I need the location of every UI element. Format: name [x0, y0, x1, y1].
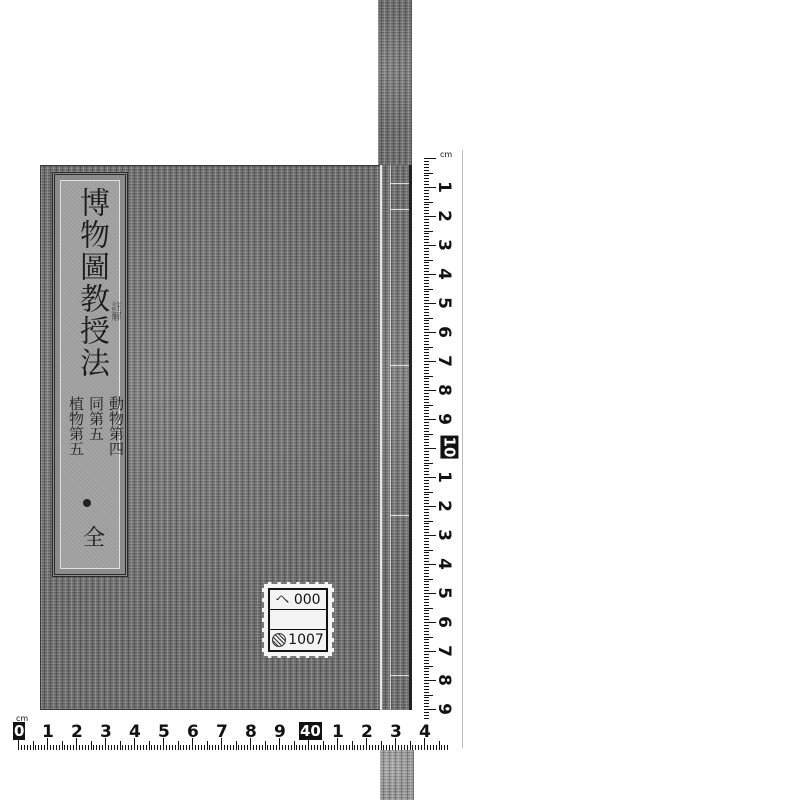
ruler-tick: [169, 745, 170, 750]
ruler-tick: [427, 745, 428, 750]
ruler-tick: [424, 637, 433, 638]
ruler-tick: [424, 381, 429, 382]
ruler-tick: [412, 745, 413, 750]
ruler-tick: [424, 265, 429, 266]
ruler-tick: [137, 745, 138, 750]
ruler-tick: [50, 745, 51, 750]
ruler-tick: [424, 407, 429, 408]
ruler-tick: [91, 741, 92, 750]
ruler-tick: [424, 367, 429, 368]
ruler-tick: [424, 631, 429, 632]
ruler-tick: [424, 335, 429, 336]
ruler-tick: [424, 257, 429, 258]
ruler-label: 1: [332, 722, 344, 742]
ruler-tick: [415, 745, 416, 750]
ruler-label: 6: [434, 616, 454, 628]
ruler-tick: [424, 251, 429, 252]
volume-label: 同第五: [87, 396, 105, 441]
ruler-tick: [424, 425, 429, 426]
ruler-tick: [149, 741, 150, 750]
book-spine-bottom: [380, 745, 414, 800]
ruler-tick: [424, 474, 429, 475]
ruler-tick: [424, 666, 433, 667]
ruler-tick: [363, 745, 364, 750]
ruler-tick: [183, 745, 184, 750]
ruler-label: 5: [434, 297, 454, 309]
ruler-label: 8: [434, 674, 454, 686]
ruler-tick: [128, 745, 129, 750]
ruler-tick: [204, 745, 205, 750]
ruler-tick: [424, 396, 429, 397]
ruler-tick: [424, 605, 429, 606]
binding-edge: [409, 165, 412, 710]
ruler-tick: [424, 471, 429, 472]
ruler-tick: [44, 745, 45, 750]
call-number-class: ヘ 000: [275, 589, 320, 609]
ruler-tick: [346, 745, 347, 750]
call-number-grid: ヘ 000 1007: [268, 588, 328, 652]
ruler-tick: [352, 741, 353, 750]
ruler-tick: [424, 599, 429, 600]
ruler-tick: [418, 745, 419, 750]
ruler-tick: [131, 745, 132, 750]
ruler-tick: [253, 745, 254, 750]
ruler-tick: [354, 745, 355, 750]
ruler-tick: [424, 436, 429, 437]
ruler-tick: [227, 745, 228, 750]
call-number-row: [270, 610, 326, 630]
ruler-tick: [424, 567, 429, 568]
stitched-binding: [380, 165, 412, 710]
ruler-tick: [111, 745, 112, 750]
ruler-tick: [209, 745, 210, 750]
ruler-tick: [424, 300, 429, 301]
ruler-tick: [198, 745, 199, 750]
ruler-tick: [424, 547, 429, 548]
ruler-tick: [424, 550, 433, 551]
ruler-tick: [305, 745, 306, 750]
ruler-tick: [398, 745, 399, 750]
ruler-tick: [424, 323, 429, 324]
ruler-label: 9: [274, 722, 286, 742]
ruler-tick: [424, 451, 429, 452]
ruler-tick: [73, 745, 74, 750]
ruler-tick: [424, 277, 429, 278]
ruler-tick: [424, 173, 433, 174]
ruler-tick: [424, 526, 429, 527]
ruler-tick: [424, 654, 429, 655]
ruler-tick: [424, 570, 429, 571]
ruler-tick: [62, 741, 63, 750]
ruler-tick: [424, 297, 429, 298]
ruler-tick: [424, 439, 429, 440]
ruler-tick: [424, 532, 429, 533]
ruler-tick: [85, 745, 86, 750]
ruler-tick: [381, 741, 382, 750]
ruler-label: 7: [216, 722, 228, 742]
ruler-tick: [424, 434, 433, 435]
ruler-tick: [262, 745, 263, 750]
ruler-tick: [424, 460, 429, 461]
ruler-tick: [424, 602, 429, 603]
ruler-label: 5: [158, 722, 170, 742]
ruler-tick: [424, 370, 429, 371]
ruler-tick: [424, 399, 429, 400]
ruler-tick: [186, 745, 187, 750]
ruler-tick: [424, 236, 429, 237]
ruler-tick: [424, 422, 429, 423]
ruler-tick: [424, 210, 429, 211]
ruler-tick: [340, 745, 341, 750]
ruler-tick: [424, 347, 433, 348]
ruler-tick: [424, 700, 429, 701]
ruler-label: 4: [434, 558, 454, 570]
ruler-unit: cm: [440, 150, 452, 159]
ruler-tick: [424, 489, 429, 490]
ruler-tick: [299, 745, 300, 750]
ruler-tick: [424, 587, 429, 588]
ruler-tick: [323, 741, 324, 750]
ruler-tick: [424, 509, 429, 510]
ruler-tick: [424, 355, 429, 356]
ruler-tick: [424, 318, 433, 319]
ruler-label: 4: [434, 268, 454, 280]
ruler-tick: [259, 745, 260, 750]
ruler-tick: [424, 289, 433, 290]
ruler-tick: [389, 745, 390, 750]
ruler-tick: [241, 745, 242, 750]
ruler-tick: [424, 219, 429, 220]
ruler-tick: [424, 576, 429, 577]
ruler-tick: [276, 745, 277, 750]
ruler-tick: [424, 616, 429, 617]
ruler-tick: [59, 745, 60, 750]
ruler-tick: [424, 695, 433, 696]
ruler-tick: [424, 280, 429, 281]
ruler-tick: [424, 231, 433, 232]
ruler-tick: [424, 233, 429, 234]
ruler-tick: [424, 207, 429, 208]
ruler-tick: [154, 745, 155, 750]
ruler-tick: [424, 613, 429, 614]
ruler-tick: [424, 642, 429, 643]
ruler-tick: [27, 745, 28, 750]
ruler-tick: [233, 745, 234, 750]
ruler-tick: [140, 745, 141, 750]
ruler-label: 3: [434, 529, 454, 541]
ruler-tick: [285, 745, 286, 750]
ruler-tick: [236, 741, 237, 750]
ruler-tick: [201, 745, 202, 750]
ruler-tick: [424, 689, 429, 690]
ruler-label: 3: [100, 722, 112, 742]
ruler-tick: [122, 745, 123, 750]
ruler-tick: [35, 745, 36, 750]
ruler-tick: [410, 741, 411, 750]
ruler-tick: [360, 745, 361, 750]
ruler-tick: [424, 291, 429, 292]
ruler-tick: [424, 364, 429, 365]
ruler-tick: [424, 552, 429, 553]
ruler-tick: [99, 745, 100, 750]
ruler-tick: [424, 428, 429, 429]
ruler-tick: [328, 745, 329, 750]
ruler-label: 2: [434, 500, 454, 512]
library-stamp-icon: [272, 633, 286, 647]
ruler-tick: [117, 745, 118, 750]
ruler-label: 5: [434, 587, 454, 599]
ruler-tick: [424, 581, 429, 582]
ruler-tick: [424, 190, 429, 191]
ruler-tick: [424, 634, 429, 635]
ruler-tick: [178, 741, 179, 750]
ruler-label: 4: [129, 722, 141, 742]
ruler-tick: [349, 745, 350, 750]
ruler-tick: [207, 741, 208, 750]
ruler-tick: [424, 538, 429, 539]
ruler-label: 9: [434, 413, 454, 425]
ruler-tick: [267, 745, 268, 750]
ruler-tick: [30, 745, 31, 750]
ruler-tick: [424, 648, 429, 649]
ruler-tick: [424, 521, 433, 522]
ruler-tick: [424, 608, 433, 609]
call-number-row: 1007: [270, 630, 326, 650]
ruler-tick: [424, 213, 429, 214]
ruler-tick: [331, 745, 332, 750]
ruler-tick: [424, 344, 429, 345]
ruler-tick: [291, 745, 292, 750]
ruler-tick: [424, 718, 429, 719]
ruler-tick: [424, 202, 433, 203]
ruler-tick: [424, 312, 429, 313]
ruler-tick: [441, 745, 442, 750]
ruler-tick: [424, 500, 429, 501]
ruler-tick: [88, 745, 89, 750]
ruler-tick: [224, 745, 225, 750]
call-number-item: 1007: [288, 632, 324, 648]
ruler-tick: [424, 715, 429, 716]
ruler-tick: [79, 745, 80, 750]
ruler-tick: [424, 268, 429, 269]
ruler-label: 8: [245, 722, 257, 742]
ruler-tick: [424, 619, 429, 620]
ruler-tick: [114, 745, 115, 750]
ruler-tick: [424, 512, 429, 513]
ruler-tick: [424, 463, 433, 464]
ruler-tick: [424, 178, 429, 179]
ruler-tick: [424, 393, 429, 394]
ruler-tick: [424, 387, 429, 388]
ruler-tick: [401, 745, 402, 750]
ruler-tick: [24, 745, 25, 750]
horizontal-ruler: 0123456789401234cm: [14, 720, 462, 750]
ruler-tick: [53, 745, 54, 750]
ruler-tick: [102, 745, 103, 750]
ruler-tick: [424, 410, 429, 411]
ruler-tick: [424, 544, 429, 545]
ruler-tick: [424, 468, 429, 469]
call-number-tag: ヘ 000 1007: [262, 582, 334, 658]
book-spine-top: [378, 0, 412, 170]
ruler-tick: [392, 745, 393, 750]
ruler-tick: [21, 745, 22, 750]
ruler-tick: [424, 628, 429, 629]
ruler-tick: [424, 457, 429, 458]
ruler-tick: [424, 442, 429, 443]
ruler-tick: [424, 610, 429, 611]
ruler-tick: [244, 745, 245, 750]
ruler-tick: [424, 161, 429, 162]
ruler-tick: [314, 745, 315, 750]
ruler-tick: [430, 745, 431, 750]
ruler-tick: [424, 196, 429, 197]
ruler-tick: [151, 745, 152, 750]
ruler-label: 2: [71, 722, 83, 742]
ruler-tick: [424, 193, 429, 194]
ruler-tick: [357, 745, 358, 750]
ruler-tick: [93, 745, 94, 750]
ruler-tick: [424, 326, 429, 327]
ruler-tick: [424, 164, 429, 165]
ruler-unit: cm: [16, 714, 28, 723]
ruler-tick: [424, 260, 433, 261]
ruler-label: 9: [434, 703, 454, 715]
ruler-tick: [424, 175, 429, 176]
ruler-tick: [447, 745, 448, 750]
ruler-tick: [424, 657, 429, 658]
ruler-tick: [424, 376, 433, 377]
ruler-label: 1: [434, 181, 454, 193]
ruler-tick: [424, 668, 429, 669]
ruler-label: 6: [187, 722, 199, 742]
ruler-tick: [424, 402, 429, 403]
ruler-tick: [424, 283, 429, 284]
ruler-tick: [424, 306, 429, 307]
ruler-label: 10: [440, 436, 458, 459]
ruler-tick: [195, 745, 196, 750]
ruler-tick: [56, 745, 57, 750]
ruler-tick: [160, 745, 161, 750]
ruler-tick: [424, 413, 429, 414]
ruler-tick: [433, 745, 434, 750]
ruler-tick: [424, 373, 429, 374]
ruler-tick: [424, 286, 429, 287]
ruler-tick: [424, 454, 429, 455]
ruler-tick: [424, 555, 429, 556]
ruler-tick: [64, 745, 65, 750]
ruler-tick: [424, 225, 429, 226]
ruler-tick: [424, 480, 429, 481]
ruler-tick: [282, 745, 283, 750]
ruler-tick: [265, 741, 266, 750]
ruler-tick: [424, 494, 429, 495]
ruler-label: 8: [434, 384, 454, 396]
ruler-tick: [311, 745, 312, 750]
ruler-tick: [424, 184, 429, 185]
ruler-label: 2: [361, 722, 373, 742]
ruler-tick: [157, 745, 158, 750]
ruler-label: 7: [434, 355, 454, 367]
call-number-row: ヘ 000: [270, 590, 326, 610]
ruler-tick: [82, 745, 83, 750]
ruler-tick: [424, 262, 429, 263]
ruler-tick: [108, 745, 109, 750]
ruler-tick: [270, 745, 271, 750]
ruler-tick: [424, 431, 429, 432]
ruler-tick: [296, 745, 297, 750]
ruler-tick: [375, 745, 376, 750]
ruler-tick: [369, 745, 370, 750]
ruler-tick: [424, 239, 429, 240]
ruler-tick: [424, 660, 429, 661]
ruler-label: 3: [434, 239, 454, 251]
ruler-tick: [424, 497, 429, 498]
ruler-tick: [424, 523, 429, 524]
ruler-tick: [143, 745, 144, 750]
ruler-tick: [424, 199, 429, 200]
ruler-tick: [424, 158, 436, 159]
ruler-tick: [424, 445, 429, 446]
book-title: 博物圖教授法: [75, 187, 107, 379]
ruler-tick: [424, 703, 429, 704]
ruler-tick: [424, 320, 429, 321]
ruler-tick: [424, 518, 429, 519]
ruler-tick: [247, 745, 248, 750]
ruler-tick: [424, 671, 429, 672]
ruler-tick: [67, 745, 68, 750]
title-slip-inner: 博物圖教授法 註解 動物第四 同第五 植物第五 全: [60, 180, 120, 569]
ruler-label: 3: [390, 722, 402, 742]
ruler-tick: [424, 515, 429, 516]
ruler-tick: [424, 315, 429, 316]
ruler-tick: [424, 170, 429, 171]
ruler-tick: [424, 625, 429, 626]
ruler-tick: [372, 745, 373, 750]
ruler-tick: [424, 645, 429, 646]
ruler-tick: [424, 639, 429, 640]
title-annotation: 註解: [109, 301, 120, 321]
ruler-tick: [96, 745, 97, 750]
ruler-tick: [407, 745, 408, 750]
ruler-tick: [120, 741, 121, 750]
volume-label: 動物第四: [107, 396, 125, 456]
ruler-tick: [424, 378, 429, 379]
ruler-tick: [166, 745, 167, 750]
ruler-tick: [38, 745, 39, 750]
ruler-label: 6: [434, 326, 454, 338]
ruler-tick: [424, 204, 429, 205]
ruler-tick: [146, 745, 147, 750]
ruler-tick: [294, 741, 295, 750]
ruler-tick: [424, 465, 429, 466]
ruler-tick: [424, 584, 429, 585]
ruler-tick: [424, 573, 429, 574]
ruler-label: 1: [434, 471, 454, 483]
volume-list: 動物第四 同第五 植物第五: [65, 396, 125, 476]
ruler-tick: [33, 741, 34, 750]
ruler-tick: [230, 745, 231, 750]
ruler-tick: [325, 745, 326, 750]
ruler-tick: [218, 745, 219, 750]
ruler-tick: [334, 745, 335, 750]
ruler-tick: [424, 338, 429, 339]
ruler-tick: [424, 558, 429, 559]
ruler-tick: [189, 745, 190, 750]
ruler-tick: [421, 745, 422, 750]
ruler-tick: [302, 745, 303, 750]
ruler-tick: [288, 745, 289, 750]
